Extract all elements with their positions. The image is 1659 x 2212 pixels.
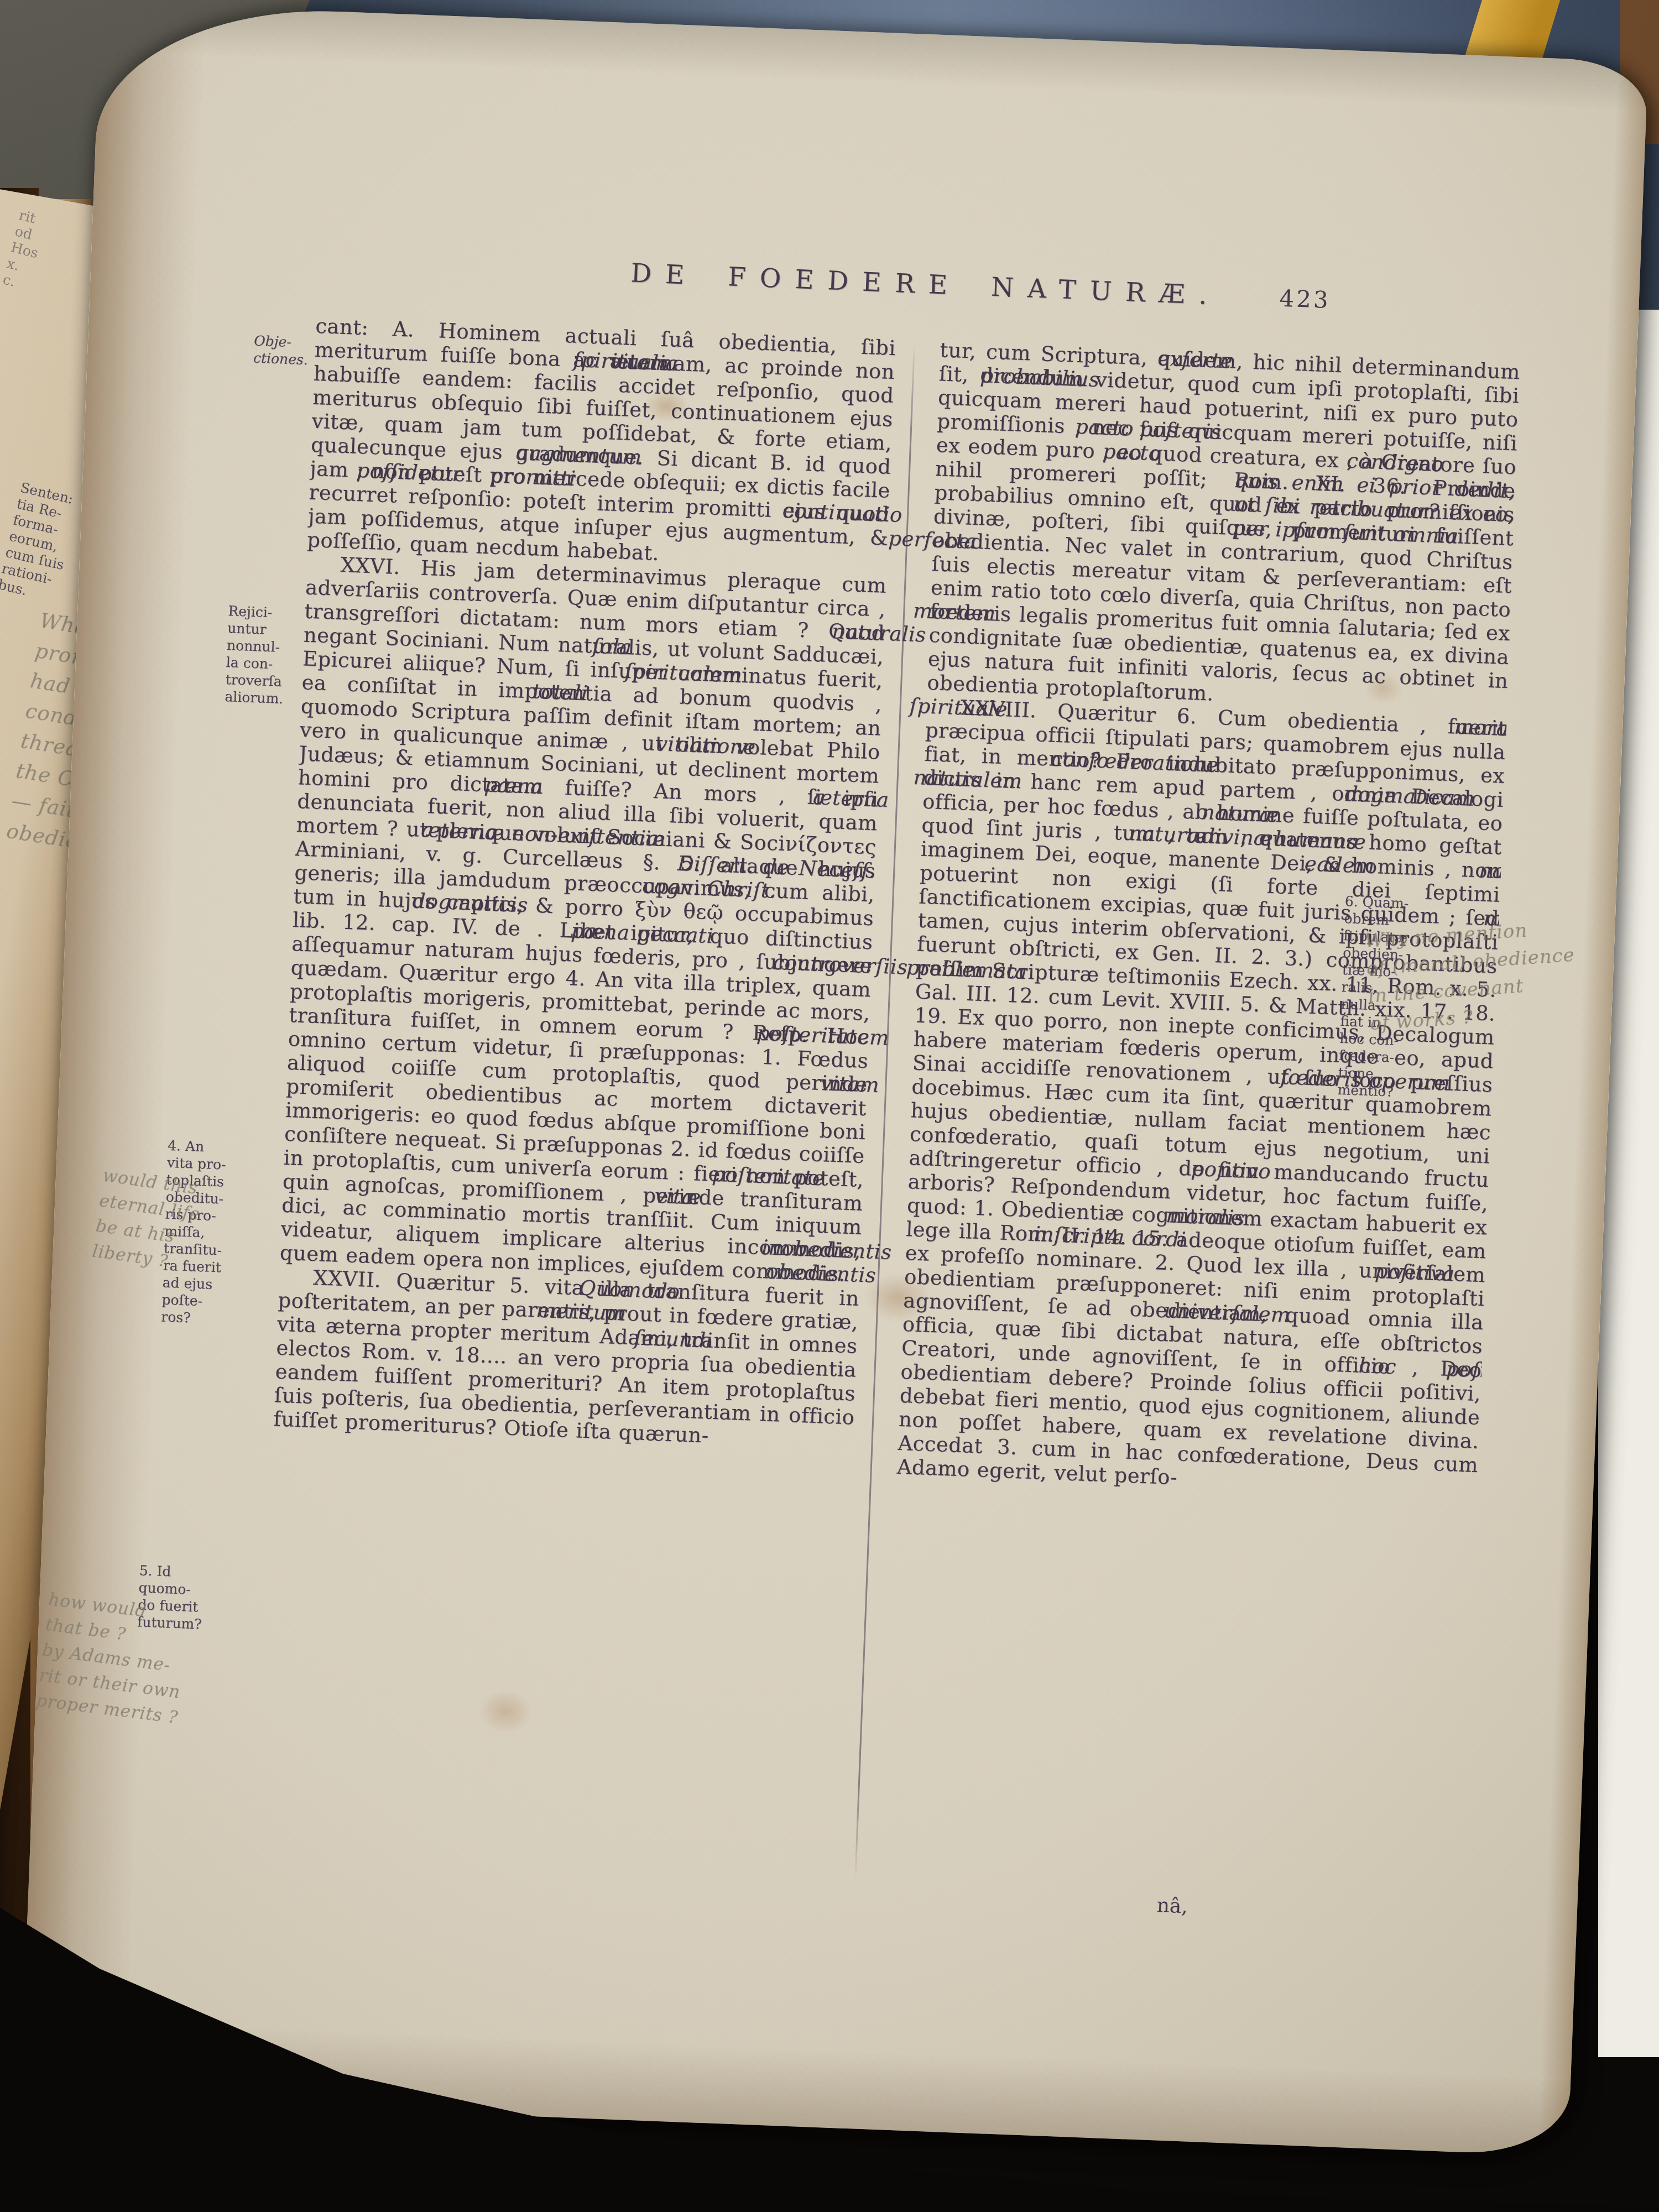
right-column: tur, cum Scriptura, exſerte quidem, hic … <box>881 338 1521 1907</box>
page-number: 423 <box>1279 285 1331 314</box>
text-columns: cant: A. Hominem actuali ſuâ obedientia,… <box>257 314 1521 1908</box>
paragraph-xxviii: XXVIII. Quæritur 6. Cum obedientia moral… <box>896 695 1507 1501</box>
pencil-annotation-right-margin: Why no mention of (moral) obedience in t… <box>1364 907 1659 1037</box>
photo-scene: rit od Hos x. c. Senten: tia Re- forma- … <box>0 0 1659 2212</box>
paragraph-xxvii: XXVII. Quæritur 5. Quomodo vita illa tra… <box>273 1265 860 1453</box>
paragraph-continuation: cant: A. Hominem actuali ſuâ obedientia,… <box>307 314 896 574</box>
catchword: nâ, <box>1156 1894 1188 1918</box>
book-page: DE FOEDERE NATURÆ. 423 Obje- ctiones. Re… <box>20 2 1648 2156</box>
left-column: cant: A. Hominem actuali ſuâ obedientia,… <box>257 314 896 1884</box>
paragraph-xxvi: XXVI. His jam determinavimus pleraque cu… <box>279 551 887 1286</box>
paragraph-continuation: tur, cum Scriptura, exſerte quidem, hic … <box>927 338 1521 717</box>
